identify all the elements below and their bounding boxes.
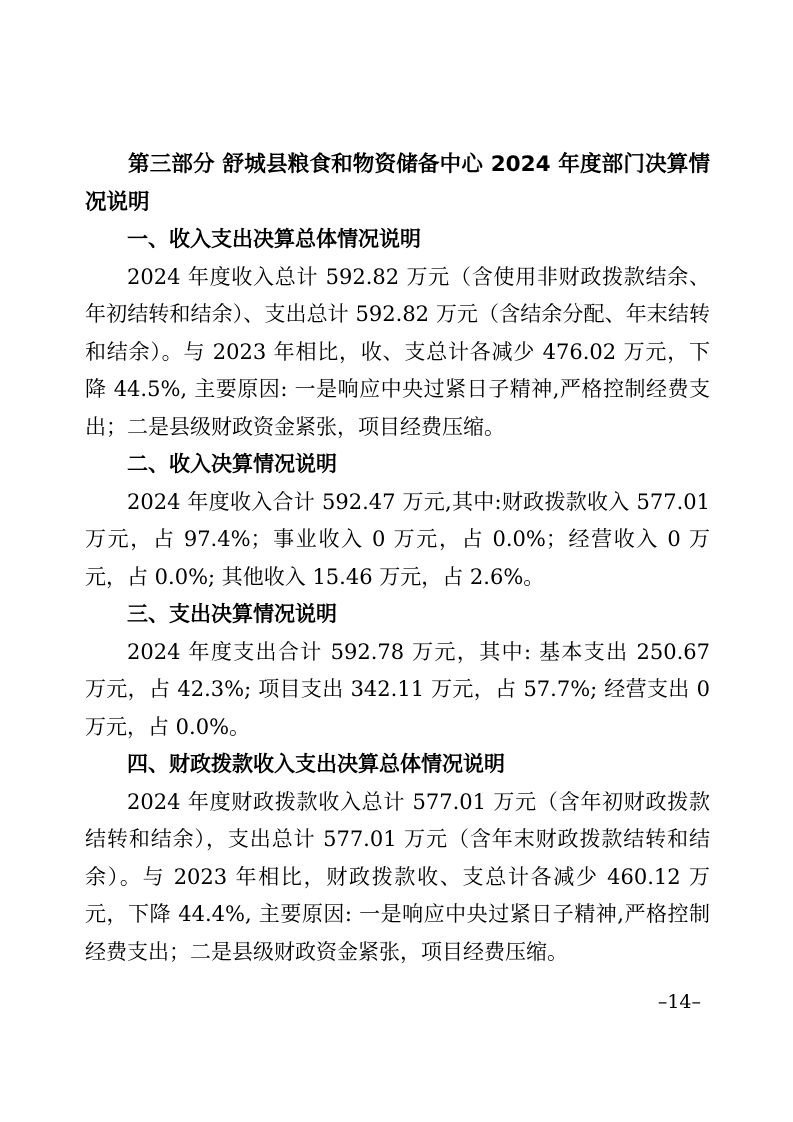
section-income-expenditure-overview: 一、收入支出决算总体情况说明 2024 年度收入总计 592.82 万元（含使用… [85,221,710,446]
section-paragraph-4: 2024 年度财政拨款收入总计 577.01 万元（含年初财政拨款结转和结余），… [85,784,710,972]
page-number: –14– [658,990,701,1014]
document-title: 第三部分 舒城县粮食和物资储备中心 2024 年度部门决算情况说明 [85,146,710,221]
section-heading-1: 一、收入支出决算总体情况说明 [85,221,710,259]
section-heading-4: 四、财政拨款收入支出决算总体情况说明 [85,746,710,784]
section-heading-2: 二、收入决算情况说明 [85,446,710,484]
section-paragraph-1: 2024 年度收入总计 592.82 万元（含使用非财政拨款结余、年初结转和结余… [85,259,710,447]
section-expenditure-statement: 三、支出决算情况说明 2024 年度支出合计 592.78 万元，其中: 基本支… [85,596,710,746]
section-heading-3: 三、支出决算情况说明 [85,596,710,634]
section-fiscal-appropriation-overview: 四、财政拨款收入支出决算总体情况说明 2024 年度财政拨款收入总计 577.0… [85,746,710,971]
page-content: 第三部分 舒城县粮食和物资储备中心 2024 年度部门决算情况说明 一、收入支出… [85,146,710,971]
document-page: 第三部分 舒城县粮食和物资储备中心 2024 年度部门决算情况说明 一、收入支出… [0,0,793,1122]
section-paragraph-2: 2024 年度收入合计 592.47 万元,其中:财政拨款收入 577.01 万… [85,484,710,597]
section-income-statement: 二、收入决算情况说明 2024 年度收入合计 592.47 万元,其中:财政拨款… [85,446,710,596]
section-paragraph-3: 2024 年度支出合计 592.78 万元，其中: 基本支出 250.67 万元… [85,634,710,747]
